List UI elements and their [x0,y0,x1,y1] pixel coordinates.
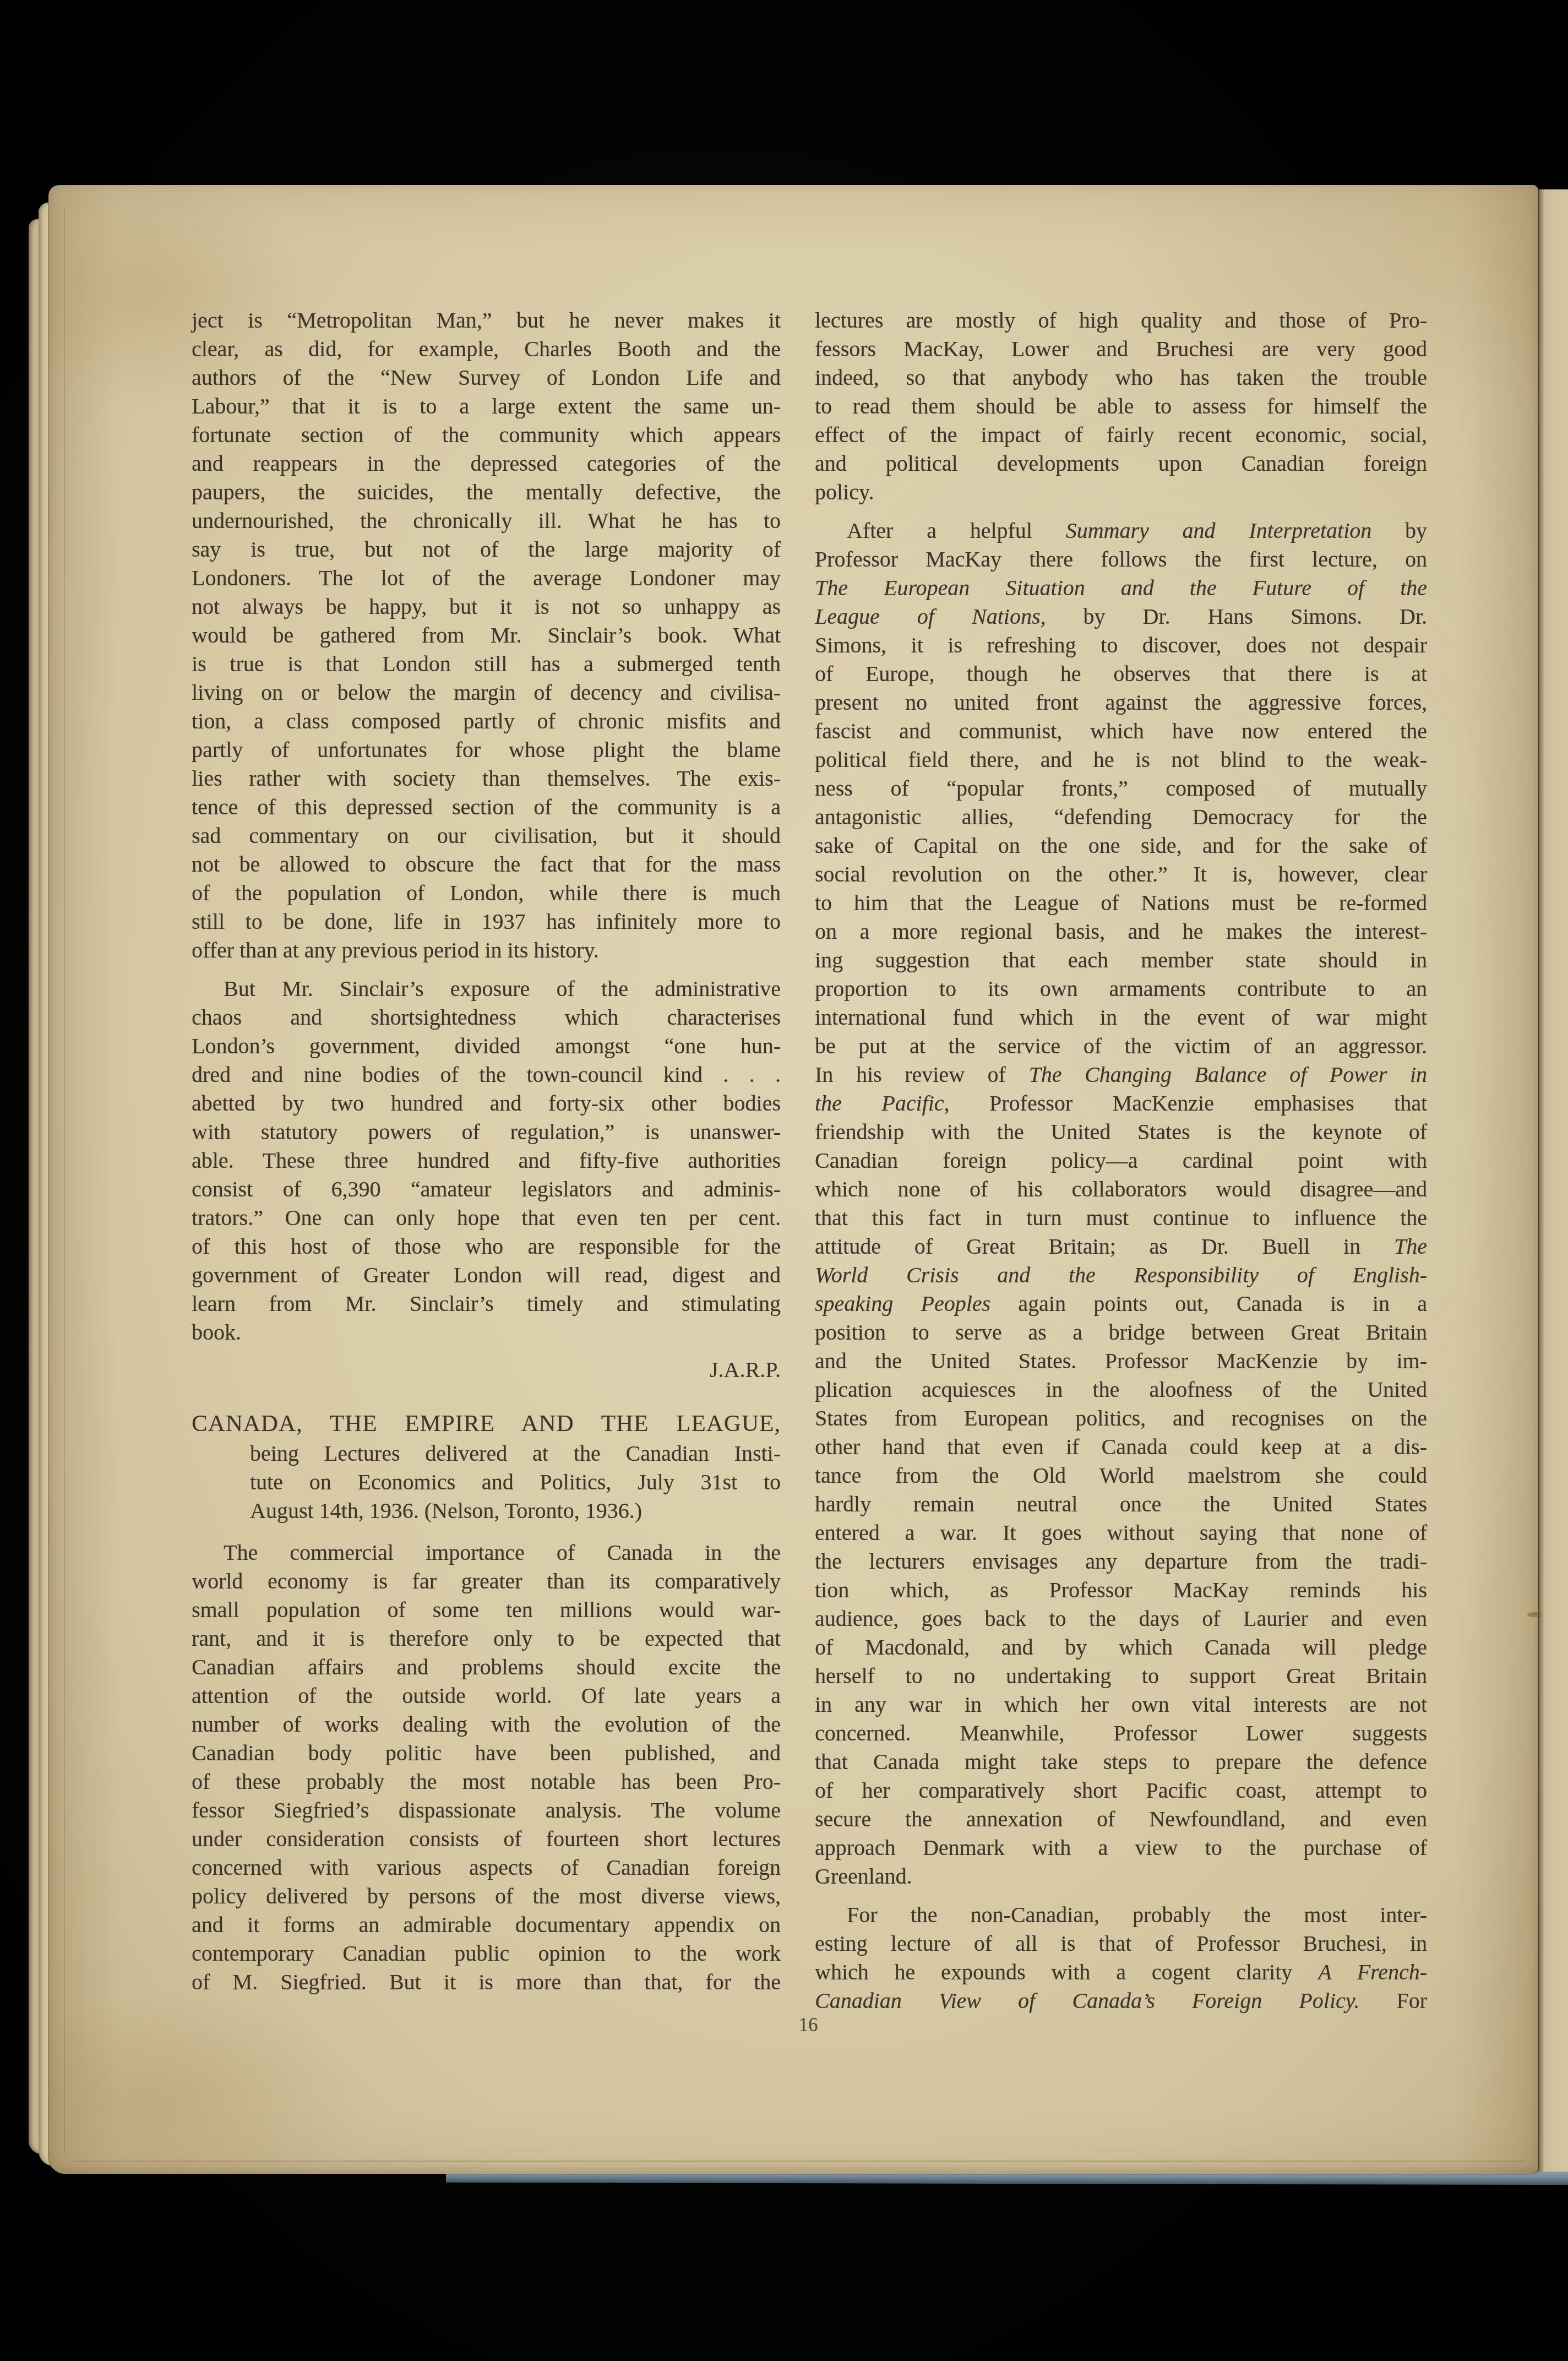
text-line: learn from Mr. Sinclair’s timely and sti… [192,1290,781,1318]
text-segment: number of works dealing with the evoluti… [192,1712,781,1737]
text-segment: entered a war. It goes without saying th… [815,1520,1427,1545]
text-line: undernourished, the chronically ill. Wha… [192,507,781,535]
text-line: Canadian View of Canada’s Foreign Policy… [815,1987,1427,2015]
text-segment: approach Denmark with a view to the purc… [815,1835,1427,1860]
text-column-left: ject is “Metropolitan Man,” but he never… [192,306,781,1996]
text-segment: After a helpful [847,518,1066,543]
text-segment: authors of the “New Survey of London Lif… [192,365,781,390]
text-segment: present no united front against the aggr… [815,690,1427,715]
text-segment: that this fact in turn must continue to … [815,1205,1427,1230]
text-segment: The commercial importance of Canada in t… [224,1540,781,1565]
text-line: attention of the outside world. Of late … [192,1682,781,1710]
text-segment: lies rather with society than themselves… [192,766,781,791]
text-line: and reappears in the depressed categorie… [192,449,781,478]
text-segment: paupers, the suicides, the mentally defe… [192,480,781,504]
text-line: contemporary Canadian public opinion to … [192,1939,781,1968]
paper-speck [1527,1612,1542,1617]
text-line: J.A.R.P. [192,1356,781,1384]
text-segment: hardly remain neutral once the United St… [815,1492,1427,1516]
text-segment: by Dr. Hans Simons. Dr. [1046,604,1427,629]
text-segment: Labour,” that it is to a large extent th… [192,394,781,418]
text-line: world economy is far greater than its co… [192,1567,781,1596]
italic-text-segment: The Changing Balance of Power in [1029,1062,1427,1087]
text-segment: and reappears in the depressed categorie… [192,451,781,476]
text-line: August 14th, 1936. (Nelson, Toronto, 193… [192,1497,781,1525]
text-line: not always be happy, but it is not so un… [192,592,781,621]
para-block: After a helpful Summary and Interpretati… [815,516,1427,1891]
text-line: which none of his collaborators would di… [815,1175,1427,1204]
text-segment: tion, a class composed partly of chronic… [192,709,781,733]
text-line: Londoners. The lot of the average London… [192,564,781,592]
text-line: book. [192,1318,781,1347]
text-segment: is true is that London still has a subme… [192,651,781,676]
text-segment: herself to no undertaking to support Gre… [815,1663,1427,1688]
bottom-crease-line [73,2161,1526,2162]
text-line: trators.” One can only hope that even te… [192,1204,781,1232]
text-line: proportion to its own armaments contribu… [815,975,1427,1003]
text-line: ness of “popular fronts,” composed of mu… [815,774,1427,803]
text-segment: Simons, it is refreshing to discover, do… [815,633,1427,657]
text-line: number of works dealing with the evoluti… [192,1710,781,1739]
text-segment: Londoners. The lot of the average London… [192,565,781,590]
left-crease-line [64,209,65,2154]
text-segment: tance from the Old World maelstrom she c… [815,1463,1427,1488]
text-line: international fund which in the event of… [815,1003,1427,1032]
text-segment: sake of Capital on the one side, and for… [815,833,1427,858]
text-segment: and the United States. Professor MacKenz… [815,1348,1427,1373]
text-segment: position to serve as a bridge between Gr… [815,1320,1427,1345]
text-line: present no united front against the aggr… [815,688,1427,717]
text-line: able. These three hundred and fifty-five… [192,1146,781,1175]
text-line: of Europe, though he observes that there… [815,660,1427,688]
text-segment: J.A.R.P. [710,1357,781,1382]
text-line: offer than at any previous period in its… [192,936,781,965]
text-segment: secure the annexation of Newfoundland, a… [815,1807,1427,1831]
text-line: is true is that London still has a subme… [192,650,781,678]
text-line: social revolution on the other.” It is, … [815,860,1427,889]
text-line: paupers, the suicides, the mentally defe… [192,478,781,507]
text-segment: plication acquiesces in the aloofness of… [815,1377,1427,1402]
text-segment: Greenland. [815,1864,912,1889]
text-segment: In his review of [815,1062,1029,1087]
text-line: CANADA, THE EMPIRE AND THE LEAGUE, [192,1408,781,1439]
text-segment: consist of 6,390 “amateur legislators an… [192,1177,781,1201]
text-line: tence of this depressed section of the c… [192,793,781,822]
text-line: London’s government, divided amongst “on… [192,1032,781,1060]
text-line: and it forms an admirable documentary ap… [192,1911,781,1939]
text-line: of Macdonald, and by which Canada will p… [815,1633,1427,1662]
text-segment: partly of unfortunates for whose plight … [192,737,781,762]
text-line: not be allowed to obscure the fact that … [192,850,781,879]
text-segment: sad commentary on our civilisation, but … [192,823,781,848]
text-segment: international fund which in the event of… [815,1005,1427,1030]
text-line: of this host of those who are responsibl… [192,1232,781,1261]
text-segment: policy. [815,480,874,504]
text-line: hardly remain neutral once the United St… [815,1490,1427,1519]
text-line: herself to no undertaking to support Gre… [815,1662,1427,1690]
text-line: being Lectures delivered at the Canadian… [192,1439,781,1468]
scanned-book-photo: ject is “Metropolitan Man,” but he never… [0,0,1568,2361]
text-segment: proportion to its own armaments contribu… [815,976,1427,1001]
text-segment: again points out, Canada is in a [990,1291,1427,1316]
text-segment: under consideration consists of fourteen… [192,1826,781,1851]
italic-text-segment: speaking Peoples [815,1291,990,1316]
text-segment: chaos and shortsightedness which charact… [192,1005,781,1030]
text-segment: government of Greater London will read, … [192,1263,781,1287]
text-line: to read them should be able to assess fo… [815,392,1427,421]
text-segment: For [1359,1988,1427,2013]
next-page-fore-edge [1537,189,1568,2172]
text-segment: and it forms an admirable documentary ap… [192,1912,781,1937]
text-line: dred and nine bodies of the town-council… [192,1060,781,1089]
text-line: World Crisis and the Responsibility of E… [815,1261,1427,1290]
text-line: to him that the League of Nations must b… [815,889,1427,917]
text-line: fessors MacKay, Lower and Bruchesi are v… [815,335,1427,363]
text-segment: by [1371,518,1427,543]
text-segment: Canadian body politic have been publishe… [192,1740,781,1765]
text-segment: contemporary Canadian public opinion to … [192,1941,781,1966]
text-line: policy. [815,478,1427,507]
text-segment: of her comparatively short Pacific coast… [815,1778,1427,1803]
text-line: esting lecture of all is that of Profess… [815,1929,1427,1958]
text-line: ject is “Metropolitan Man,” but he never… [192,306,781,335]
text-segment: of M. Siegfried. But it is more than tha… [192,1970,781,1994]
text-line: After a helpful Summary and Interpretati… [815,516,1427,545]
text-segment: of this host of those who are responsibl… [192,1234,781,1259]
text-segment: attention of the outside world. Of late … [192,1683,781,1708]
text-segment: which he expounds with a cogent clarity [815,1960,1318,1984]
heading-block: CANADA, THE EMPIRE AND THE LEAGUE,being … [192,1408,781,1525]
text-line: the lecturers envisages any departure fr… [815,1547,1427,1576]
text-line: fascist and communist, which have now en… [815,717,1427,746]
text-segment: audience, goes back to the days of Lauri… [815,1606,1427,1631]
text-segment: social revolution on the other.” It is, … [815,862,1427,886]
text-line: of these probably the most notable has b… [192,1767,781,1796]
text-segment: of these probably the most notable has b… [192,1769,781,1794]
text-segment: August 14th, 1936. (Nelson, Toronto, 193… [250,1498,642,1523]
text-line: say is true, but not of the large majori… [192,535,781,564]
text-line: Professor MacKay there follows the first… [815,545,1427,574]
text-segment: indeed, so that anybody who has taken th… [815,365,1427,390]
text-segment: concerned with various aspects of Canadi… [192,1855,781,1880]
text-segment: of Macdonald, and by which Canada will p… [815,1635,1427,1660]
text-segment: esting lecture of all is that of Profess… [815,1931,1427,1956]
text-segment: small population of some ten millions wo… [192,1597,781,1622]
text-segment: which none of his collaborators would di… [815,1177,1427,1201]
text-line: For the non-Canadian, probably the most … [815,1901,1427,1929]
text-segment: would be gathered from Mr. Sinclair’s bo… [192,623,781,648]
text-line: fessor Siegfried’s dispassionate analysi… [192,1796,781,1825]
text-segment: not always be happy, but it is not so un… [192,594,781,619]
text-line: speaking Peoples again points out, Canad… [815,1290,1427,1318]
text-line: audience, goes back to the days of Lauri… [815,1604,1427,1633]
text-line: The commercial importance of Canada in t… [192,1538,781,1567]
text-segment: But Mr. Sinclair’s exposure of the admin… [224,976,781,1001]
text-segment: ject is “Metropolitan Man,” but he never… [192,308,781,333]
text-line: Canadian affairs and problems should exc… [192,1653,781,1682]
text-segment: political field there, and he is not bli… [815,747,1427,772]
text-segment: London’s government, divided amongst “on… [192,1033,781,1058]
text-line: But Mr. Sinclair’s exposure of the admin… [192,975,781,1003]
italic-text-segment: the Pacific, [815,1091,950,1116]
italic-text-segment: League of Nations, [815,604,1046,629]
text-segment: tute on Economics and Politics, July 31s… [250,1470,781,1494]
text-line: partly of unfortunates for whose plight … [192,736,781,764]
text-segment: CANADA, THE EMPIRE AND THE LEAGUE, [192,1411,781,1437]
text-segment: rant, and it is therefore only to be exp… [192,1626,781,1651]
text-line: in any war in which her own vital intere… [815,1690,1427,1719]
text-column-right: lectures are mostly of high quality and … [815,306,1427,2015]
text-line: on a more regional basis, and he makes t… [815,917,1427,946]
text-line: still to be done, life in 1937 has infin… [192,907,781,936]
text-line: of her comparatively short Pacific coast… [815,1776,1427,1805]
text-line: concerned with various aspects of Canadi… [192,1853,781,1882]
italic-text-segment: A French- [1318,1960,1427,1984]
text-line: effect of the impact of fairly recent ec… [815,421,1427,449]
text-segment: fessor Siegfried’s dispassionate analysi… [192,1798,781,1823]
text-line: In his review of The Changing Balance of… [815,1060,1427,1089]
text-segment: antagonistic allies, “defending Democrac… [815,804,1427,829]
italic-text-segment: Canadian View of Canada’s Foreign Policy… [815,1988,1359,2013]
text-segment: lectures are mostly of high quality and … [815,308,1427,333]
text-segment: the lecturers envisages any departure fr… [815,1549,1427,1574]
text-segment: clear, as did, for example, Charles Boot… [192,336,781,361]
italic-text-segment: The European Situation and the Future of… [815,575,1427,600]
text-segment: learn from Mr. Sinclair’s timely and sti… [192,1291,781,1316]
text-line: entered a war. It goes without saying th… [815,1519,1427,1547]
text-segment: world economy is far greater than its co… [192,1569,781,1593]
text-segment: Canadian affairs and problems should exc… [192,1655,781,1679]
text-line: Greenland. [815,1862,1427,1891]
text-line: and the United States. Professor MacKenz… [815,1347,1427,1375]
text-segment: tence of this depressed section of the c… [192,795,781,819]
text-segment: ness of “popular fronts,” composed of mu… [815,776,1427,801]
text-line: lies rather with society than themselves… [192,764,781,793]
text-segment: effect of the impact of fairly recent ec… [815,422,1427,447]
text-segment: to him that the League of Nations must b… [815,890,1427,915]
text-segment: able. These three hundred and fifty-five… [192,1148,781,1173]
text-line: consist of 6,390 “amateur legislators an… [192,1175,781,1204]
text-line: friendship with the United States is the… [815,1118,1427,1146]
text-line: chaos and shortsightedness which charact… [192,1003,781,1032]
text-segment: to read them should be able to assess fo… [815,394,1427,418]
text-segment: abetted by two hundred and forty-six oth… [192,1091,781,1116]
text-segment: other hand that even if Canada could kee… [815,1434,1427,1459]
text-line: sake of Capital on the one side, and for… [815,831,1427,860]
text-line: which he expounds with a cogent clarity … [815,1958,1427,1987]
text-line: living on or below the margin of decency… [192,678,781,707]
text-line: Canadian body politic have been publishe… [192,1739,781,1767]
italic-text-segment: Summary and Interpretation [1066,518,1372,543]
text-line: abetted by two hundred and forty-six oth… [192,1089,781,1118]
text-line: antagonistic allies, “defending Democrac… [815,803,1427,831]
text-segment: still to be done, life in 1937 has infin… [192,909,781,934]
text-line: States from European politics, and recog… [815,1404,1427,1433]
text-line: sad commentary on our civilisation, but … [192,822,781,850]
text-segment: in any war in which her own vital intere… [815,1692,1427,1717]
text-line: clear, as did, for example, Charles Boot… [192,335,781,363]
text-segment: undernourished, the chronically ill. Wha… [192,508,781,533]
text-segment: not be allowed to obscure the fact that … [192,852,781,877]
para-block: ject is “Metropolitan Man,” but he never… [192,306,781,965]
text-segment: For the non-Canadian, probably the most … [847,1902,1427,1927]
text-line: League of Nations, by Dr. Hans Simons. D… [815,602,1427,631]
text-line: approach Denmark with a view to the purc… [815,1834,1427,1862]
page-number: 16 [764,2014,852,2036]
text-segment: fascist and communist, which have now en… [815,719,1427,743]
text-line: government of Greater London will read, … [192,1261,781,1290]
text-line: plication acquiesces in the aloofness of… [815,1375,1427,1404]
text-segment: tion which, as Professor MacKay reminds … [815,1577,1427,1602]
text-line: secure the annexation of Newfoundland, a… [815,1805,1427,1834]
text-segment: attitude of Great Britain; as Dr. Buell … [815,1234,1394,1259]
text-segment: offer than at any previous period in its… [192,938,599,962]
text-line: of M. Siegfried. But it is more than tha… [192,1968,781,1996]
text-segment: living on or below the margin of decency… [192,680,781,705]
para-block: lectures are mostly of high quality and … [815,306,1427,507]
text-segment: be put at the service of the victim of a… [815,1033,1427,1058]
text-segment: Canadian foreign policy—a cardinal point… [815,1148,1427,1173]
para-block: The commercial importance of Canada in t… [192,1538,781,1996]
text-line: the Pacific, Professor MacKenzie emphasi… [815,1089,1427,1118]
text-line: with statutory powers of regulation,” is… [192,1118,781,1146]
text-segment: States from European politics, and recog… [815,1406,1427,1430]
text-segment: Professor MacKay there follows the first… [815,547,1427,572]
text-line: tion, a class composed partly of chronic… [192,707,781,736]
text-line: political field there, and he is not bli… [815,746,1427,774]
book-page: ject is “Metropolitan Man,” but he never… [48,185,1538,2174]
text-line: authors of the “New Survey of London Lif… [192,363,781,392]
text-line: position to serve as a bridge between Gr… [815,1318,1427,1347]
text-line: and political developments upon Canadian… [815,449,1427,478]
text-line: fortunate section of the community which… [192,421,781,449]
text-line: policy delivered by persons of the most … [192,1882,781,1911]
text-segment: ing suggestion that each member state sh… [815,948,1427,972]
text-segment: dred and nine bodies of the town-council… [192,1062,781,1087]
text-line: indeed, so that anybody who has taken th… [815,363,1427,392]
text-segment: book. [192,1320,241,1345]
text-line: tion which, as Professor MacKay reminds … [815,1576,1427,1604]
text-line: tance from the Old World maelstrom she c… [815,1461,1427,1490]
text-segment: Professor MacKenzie emphasises that [950,1091,1427,1116]
text-segment: and political developments upon Canadian… [815,451,1427,476]
text-line: would be gathered from Mr. Sinclair’s bo… [192,621,781,650]
text-line: Simons, it is refreshing to discover, do… [815,631,1427,660]
text-line: attitude of Great Britain; as Dr. Buell … [815,1232,1427,1261]
text-segment: trators.” One can only hope that even te… [192,1205,781,1230]
italic-text-segment: The [1394,1234,1427,1259]
text-segment: on a more regional basis, and he makes t… [815,919,1427,944]
text-line: that Canada might take steps to prepare … [815,1748,1427,1776]
text-segment: fortunate section of the community which… [192,422,781,447]
text-line: small population of some ten millions wo… [192,1596,781,1624]
text-line: that this fact in turn must continue to … [815,1204,1427,1232]
italic-text-segment: World Crisis and the Responsibility of E… [815,1263,1427,1287]
text-segment: that Canada might take steps to prepare … [815,1749,1427,1774]
text-line: lectures are mostly of high quality and … [815,306,1427,335]
text-segment: friendship with the United States is the… [815,1119,1427,1144]
para-block: For the non-Canadian, probably the most … [815,1901,1427,2015]
text-segment: say is true, but not of the large majori… [192,537,781,562]
text-line: Labour,” that it is to a large extent th… [192,392,781,421]
text-line: concerned. Meanwhile, Professor Lower su… [815,1719,1427,1748]
text-segment: being Lectures delivered at the Canadian… [250,1441,781,1466]
signature-block: J.A.R.P. [192,1356,781,1384]
text-segment: with statutory powers of regulation,” is… [192,1119,781,1144]
text-segment: of Europe, though he observes that there… [815,661,1427,686]
text-line: rant, and it is therefore only to be exp… [192,1624,781,1653]
para-block: But Mr. Sinclair’s exposure of the admin… [192,975,781,1347]
text-line: other hand that even if Canada could kee… [815,1433,1427,1461]
text-line: The European Situation and the Future of… [815,574,1427,602]
text-line: under consideration consists of fourteen… [192,1825,781,1853]
text-line: be put at the service of the victim of a… [815,1032,1427,1060]
text-line: of the population of London, while there… [192,879,781,907]
text-line: Canadian foreign policy—a cardinal point… [815,1146,1427,1175]
text-segment: of the population of London, while there… [192,880,781,905]
text-line: tute on Economics and Politics, July 31s… [192,1468,781,1497]
text-segment: concerned. Meanwhile, Professor Lower su… [815,1721,1427,1745]
text-segment: fessors MacKay, Lower and Bruchesi are v… [815,336,1427,361]
text-line: ing suggestion that each member state sh… [815,946,1427,975]
text-segment: policy delivered by persons of the most … [192,1884,781,1908]
